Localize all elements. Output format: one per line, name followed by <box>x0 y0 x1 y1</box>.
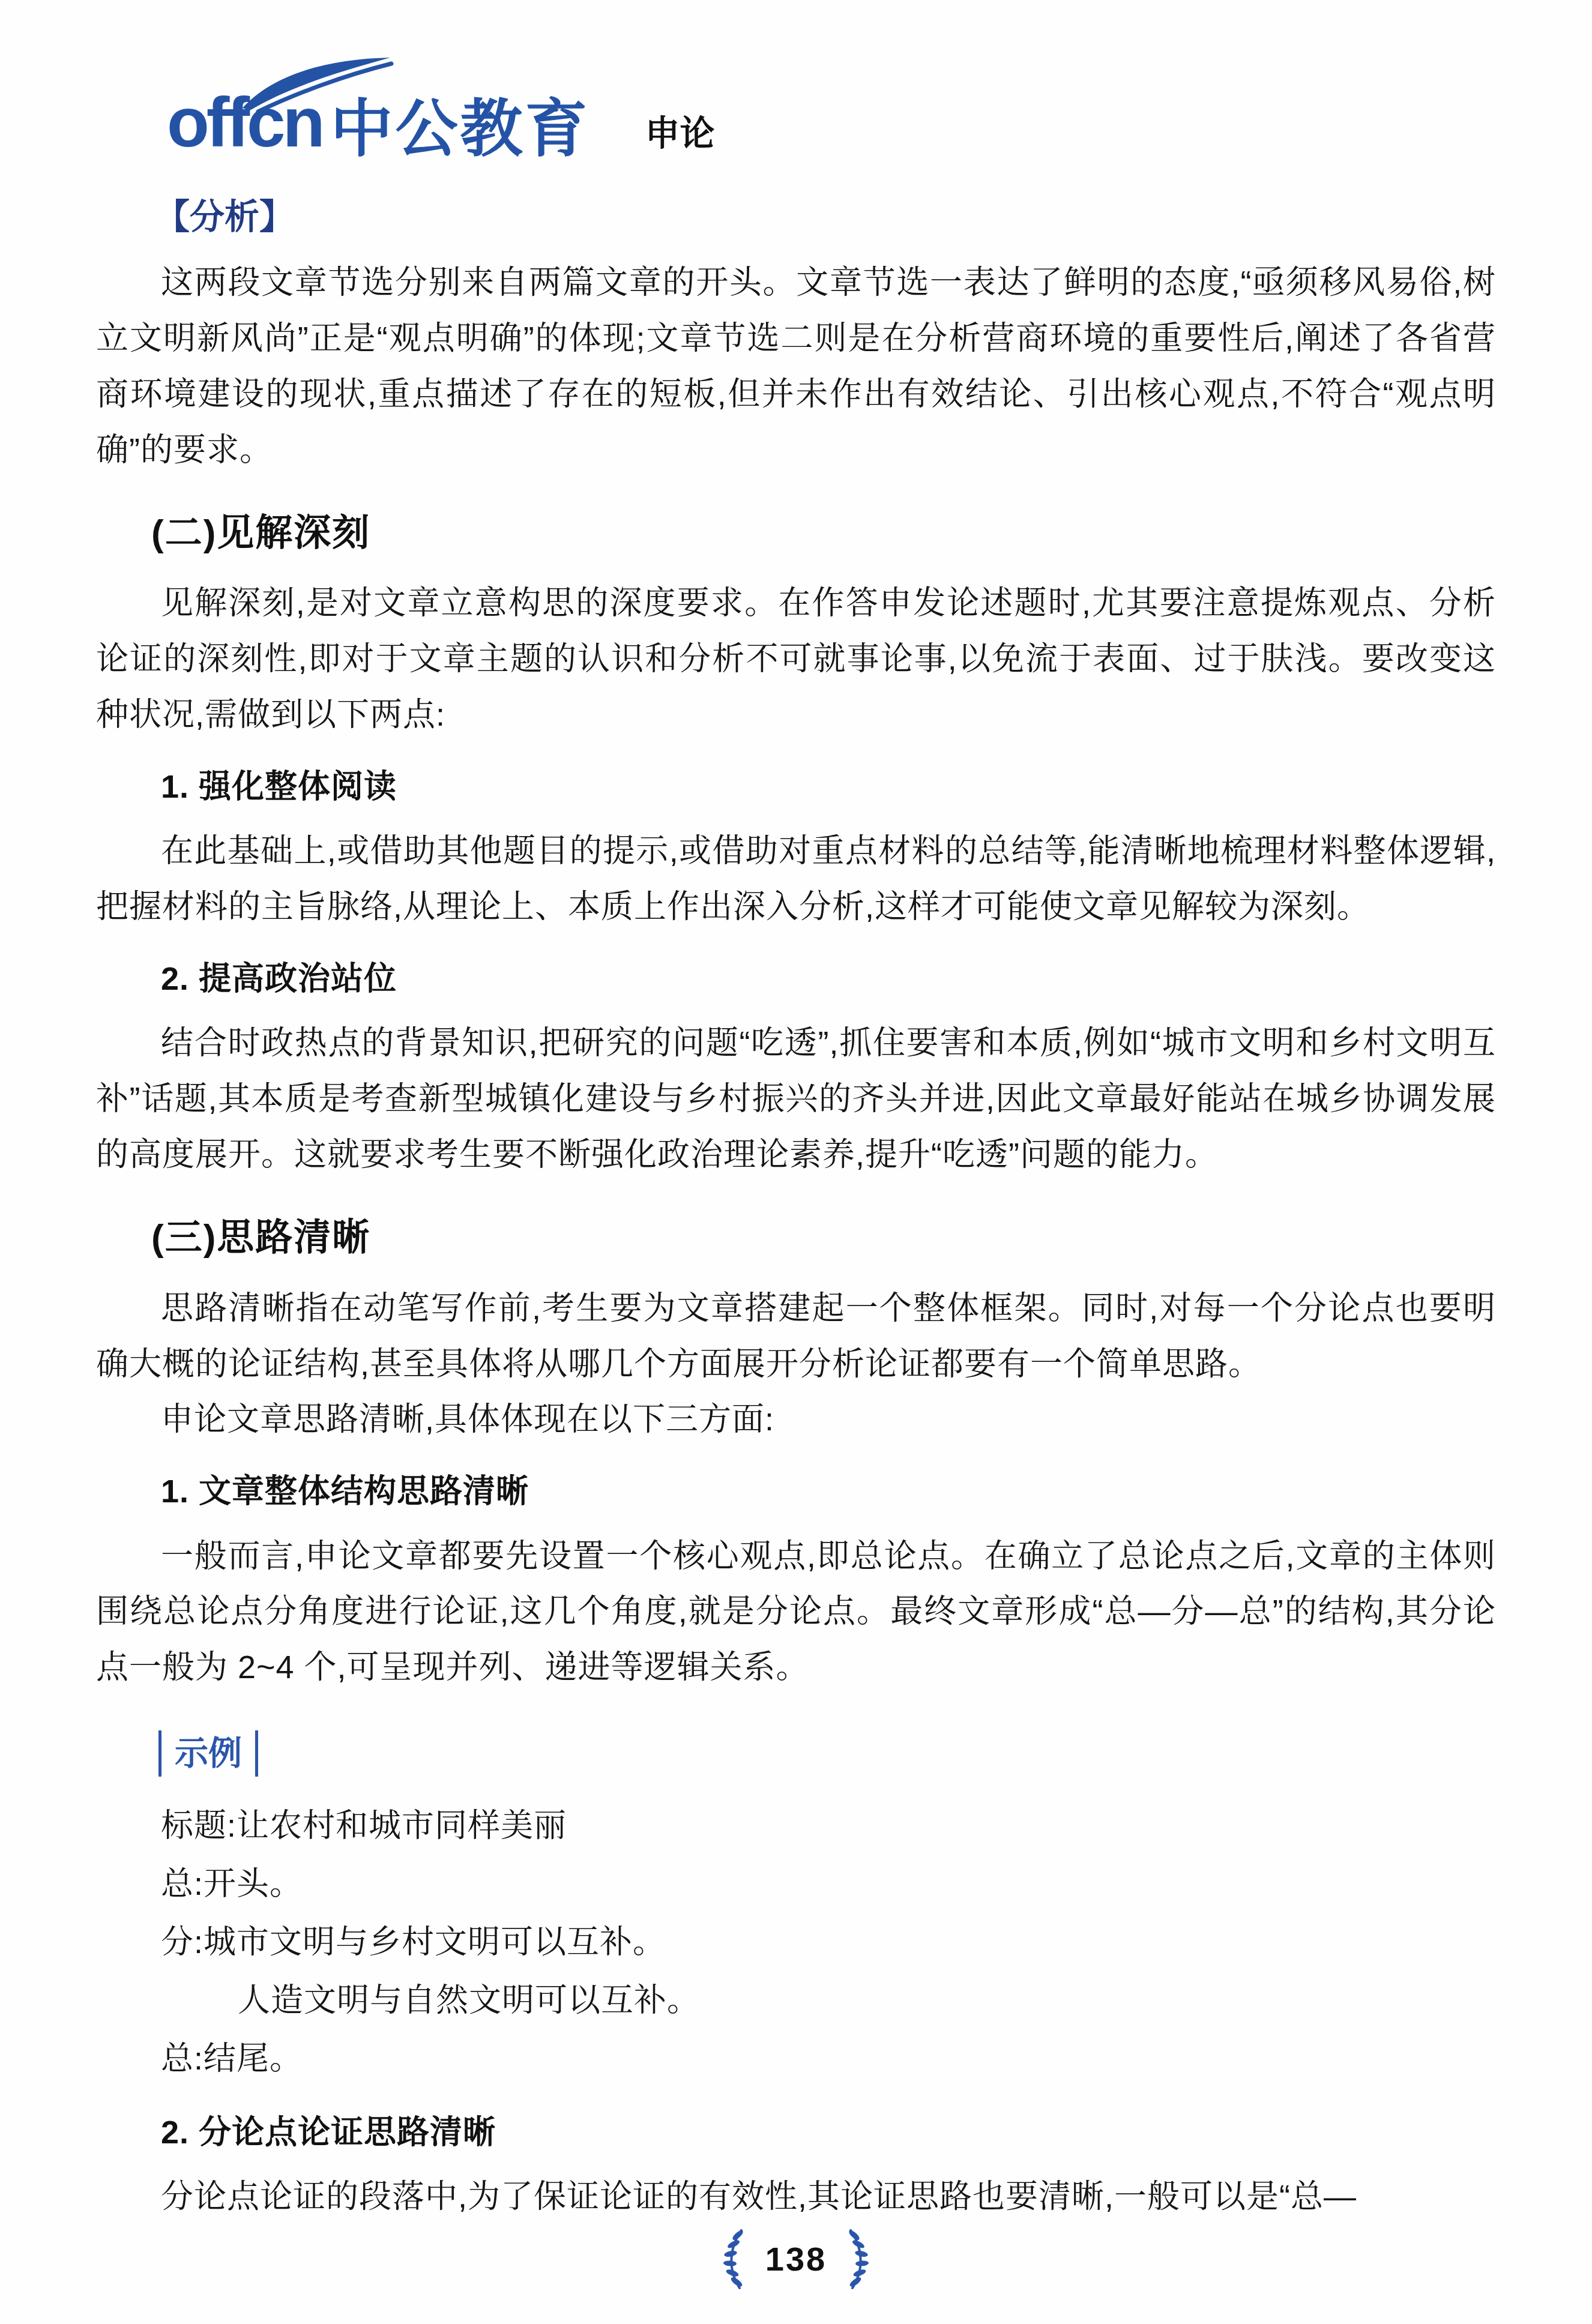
offcn-logo: offcn 中公教育 <box>167 88 590 161</box>
section2-intro-paragraph: 见解深刻,是对文章立意构思的深度要求。在作答申发论述题时,尤其要注意提炼观点、分… <box>96 576 1496 743</box>
logo-cn-text: 中公教育 <box>331 98 590 161</box>
example-label: 示例 <box>158 1730 258 1776</box>
subject-label: 申论 <box>645 116 715 161</box>
section3-lead-paragraph: 申论文章思路清晰,具体体现在以下三方面: <box>96 1392 1496 1448</box>
laurel-right-icon <box>845 2228 872 2290</box>
section3-point2-paragraph: 分论点论证的段落中,为了保证论证的有效性,其论证思路也要清晰,一般可以是“总— <box>96 2169 1496 2225</box>
page-header: offcn 中公教育 申论 <box>167 71 1496 161</box>
example-zong1-line: 总:开头。 <box>161 1855 1496 1913</box>
example-fen2-line: 人造文明与自然文明可以互补。 <box>238 1972 1496 2030</box>
section-heading-2: (二)见解深刻 <box>151 510 1496 558</box>
section2-point2-heading: 2. 提高政治站位 <box>161 956 1496 1002</box>
section3-intro-paragraph: 思路清晰指在动笔写作前,考生要为文章搭建起一个整体框架。同时,对每一个分论点也要… <box>96 1281 1496 1392</box>
section3-point1-paragraph: 一般而言,申论文章都要先设置一个核心观点,即总论点。在确立了总论点之后,文章的主… <box>96 1529 1496 1696</box>
analysis-paragraph: 这两段文章节选分别来自两篇文章的开头。文章节选一表达了鲜明的态度,“亟须移风易俗… <box>96 255 1496 478</box>
page-content: 【分析】 这两段文章节选分别来自两篇文章的开头。文章节选一表达了鲜明的态度,“亟… <box>96 194 1496 2225</box>
analysis-label: 【分析】 <box>155 194 1496 239</box>
page-footer: 138 <box>0 2228 1592 2290</box>
section2-point1-paragraph: 在此基础上,或借助其他题目的提示,或借助对重点材料的总结等,能清晰地梳理材料整体… <box>96 823 1496 935</box>
section-heading-3: (三)思路清晰 <box>151 1214 1496 1263</box>
example-fen1-line: 分:城市文明与乡村文明可以互补。 <box>161 1913 1496 1972</box>
example-title-line: 标题:让农村和城市同样美丽 <box>161 1797 1496 1855</box>
logo-offcn-text: offcn <box>167 88 322 161</box>
section2-point1-heading: 1. 强化整体阅读 <box>161 763 1496 810</box>
section3-point2-heading: 2. 分论点论证思路清晰 <box>161 2109 1496 2156</box>
laurel-left-icon <box>720 2228 747 2290</box>
example-zong2-line: 总:结尾。 <box>161 2030 1496 2088</box>
page-number: 138 <box>765 2242 827 2276</box>
section3-point1-heading: 1. 文章整体结构思路清晰 <box>161 1468 1496 1515</box>
document-page: offcn 中公教育 申论 【分析】 这两段文章节选分别来自两篇文章的开头。文章… <box>0 0 1592 2324</box>
section2-point2-paragraph: 结合时政热点的背景知识,把研究的问题“吃透”,抓住要害和本质,例如“城市文明和乡… <box>96 1016 1496 1183</box>
